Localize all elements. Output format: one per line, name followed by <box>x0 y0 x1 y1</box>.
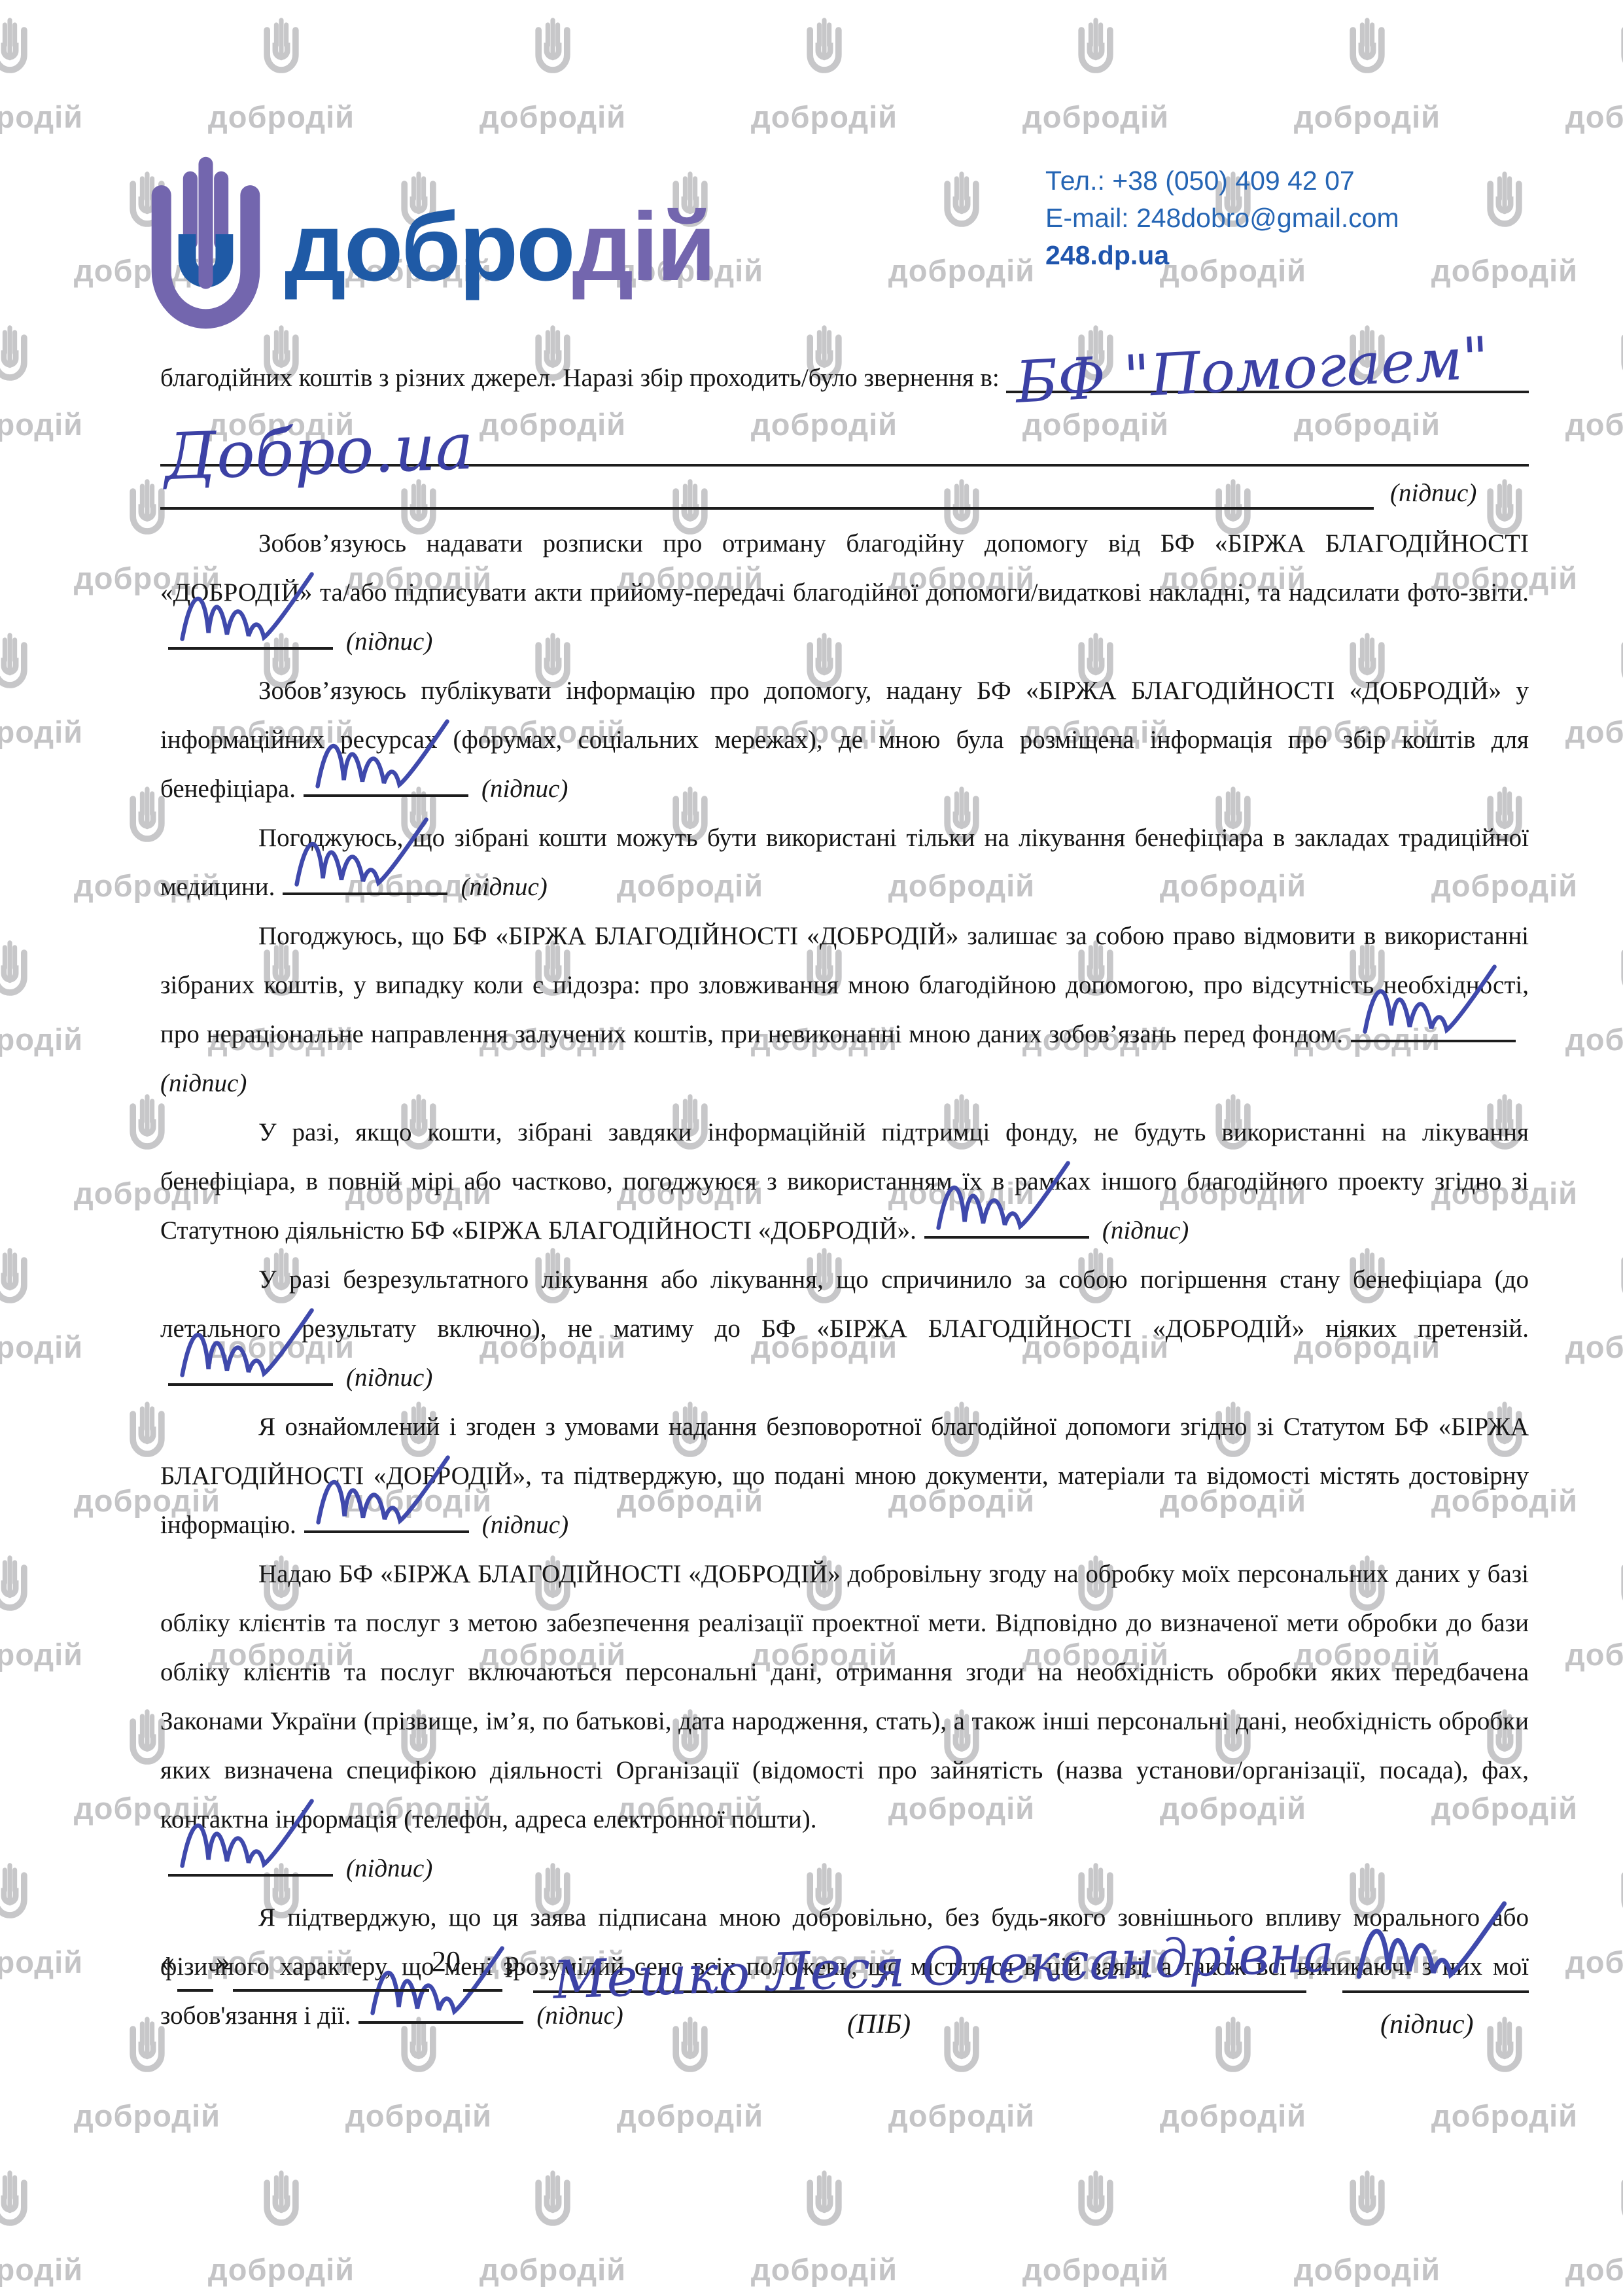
watermark-logo-tile: добродій <box>877 164 1047 289</box>
watermark-word: добродій <box>1022 2252 1169 2287</box>
watermark-logo-tile: добродій <box>0 10 95 135</box>
signature-caption: (підпис) <box>1390 468 1476 518</box>
watermark-word: добродій <box>1022 99 1169 135</box>
watermark-logo-tile: добродій <box>0 1240 95 1365</box>
signature-line[interactable] <box>1351 1032 1516 1042</box>
watermark-logo-tile: добродій <box>0 932 95 1057</box>
watermark-logo-tile: добродій <box>1420 164 1590 289</box>
signature-line[interactable] <box>304 786 468 797</box>
watermark-word: добродій <box>0 99 83 135</box>
watermark-logo-tile: добродій <box>0 317 95 442</box>
statement-paragraphs: Зобов’язуюсь надавати розписки про отрим… <box>160 519 1529 2040</box>
document-body: благодійних коштів з різних джерел. Нара… <box>160 353 1529 2040</box>
watermark-word: добродій <box>208 99 355 135</box>
watermark-word: добродій <box>1294 99 1440 135</box>
watermark-word: добродій <box>1565 1636 1623 1672</box>
statement-paragraph: У разі, якщо кошти, зібрані завдяки інфо… <box>160 1108 1529 1255</box>
watermark-word: добродій <box>0 1944 83 1980</box>
paragraph-text: Надаю БФ «БІРЖА БЛАГОДІЙНОСТІ «ДОБРОДІЙ»… <box>160 1560 1529 1833</box>
logo-word-part-blue: добро <box>285 193 572 301</box>
watermark-word: добродій <box>345 2098 492 2134</box>
watermark-word: добродій <box>480 99 626 135</box>
signature-caption: (підпис) <box>482 1511 568 1539</box>
signature-caption: (підпис) <box>160 1069 247 1097</box>
signature-rule[interactable] <box>160 507 1374 510</box>
signature-caption: (підпис) <box>1380 2009 1474 2040</box>
signature-caption: (підпис) <box>461 873 547 901</box>
watermark-word: добродій <box>1294 2252 1440 2287</box>
watermark-word: добродій <box>1565 99 1623 135</box>
watermark-word: добродій <box>1565 406 1623 442</box>
watermark-word: добродій <box>0 1329 83 1365</box>
signature-line[interactable] <box>168 639 333 650</box>
signature-caption: (підпис) <box>481 775 568 803</box>
email-line: E-mail: 248dobro@gmail.com <box>1045 200 1399 237</box>
watermark-logo-tile: добродій <box>1554 10 1623 135</box>
watermark-logo-tile: добродій <box>1554 1547 1623 1672</box>
day-blank[interactable] <box>177 1985 213 1992</box>
watermark-word: добродій <box>74 2098 220 2134</box>
intro-line: благодійних коштів з різних джерел. Нара… <box>160 353 1529 402</box>
statement-paragraph: Надаю БФ «БІРЖА БЛАГОДІЙНОСТІ «ДОБРОДІЙ»… <box>160 1549 1529 1893</box>
watermark-logo-tile: добродій <box>739 10 909 135</box>
footer-signature-line[interactable] <box>1342 1985 1529 1993</box>
watermark-logo-tile: добродій <box>1282 10 1452 135</box>
paragraph-text: Погоджуюсь, що БФ «БІРЖА БЛАГОДІЙНОСТІ «… <box>160 922 1529 1048</box>
watermark-logo-tile: добродій <box>1011 10 1181 135</box>
scanned-charity-consent-document: добродій добродій добродій добродій добр… <box>0 0 1623 2296</box>
paragraph-text: Зобов’язуюсь надавати розписки про отрим… <box>160 529 1529 607</box>
watermark-word: добродій <box>751 99 898 135</box>
watermark-logo-tile: добродій <box>1554 932 1623 1057</box>
watermark-logo-tile: добродій <box>1554 1855 1623 1980</box>
watermark-word: добродій <box>751 2252 898 2287</box>
statement-paragraph: Зобов’язуюсь публікувати інформацію про … <box>160 666 1529 813</box>
logo-word-part-purple: дій <box>572 193 714 301</box>
watermark-word: добродій <box>0 1021 83 1057</box>
watermark-word: добродій <box>1160 2098 1306 2134</box>
signature-caption: (підпис) <box>346 1364 432 1392</box>
watermark-logo-tile: добродій <box>1554 1240 1623 1365</box>
watermark-word: добродій <box>0 406 83 442</box>
signature-line[interactable] <box>283 885 447 895</box>
watermark-word: добродій <box>1431 2098 1578 2134</box>
signature-line[interactable] <box>168 1866 333 1877</box>
watermark-word: добродій <box>888 253 1035 289</box>
watermark-logo-tile: добродій <box>1282 2163 1452 2287</box>
year-blank[interactable] <box>463 1985 502 1992</box>
watermark-logo-tile: добродій <box>739 2163 909 2287</box>
watermark-logo-tile: добродій <box>1554 317 1623 442</box>
watermark-logo-tile: добродій <box>196 2163 366 2287</box>
watermark-word: добродій <box>208 2252 355 2287</box>
fund-name-blank[interactable]: БФ "Помогаем" <box>1006 383 1529 393</box>
logo-wordmark: добродій <box>285 192 714 303</box>
signature-line[interactable] <box>304 1523 469 1533</box>
signature-line[interactable] <box>924 1228 1089 1239</box>
watermark-word: добродій <box>1565 1021 1623 1057</box>
watermark-word: добродій <box>1565 1944 1623 1980</box>
dobrodiy-hand-icon <box>139 156 273 352</box>
intro-signature-row: (підпис) <box>160 467 1529 519</box>
watermark-logo-tile: добродій <box>468 10 638 135</box>
watermark-word: добродій <box>888 2098 1035 2134</box>
watermark-logo-tile: добродій <box>1554 2163 1623 2287</box>
document-footer: «»20р. Мешко Леся Олександрівна (ПІБ) (п… <box>160 1945 1529 2055</box>
phone-line: Тел.: +38 (050) 409 42 07 <box>1045 162 1399 200</box>
watermark-logo-tile: добродій <box>196 10 366 135</box>
paragraph-text: У разі, якщо кошти, зібрані завдяки інфо… <box>160 1118 1529 1245</box>
watermark-logo-tile: добродій <box>0 2163 95 2287</box>
pib-caption: (ПІБ) <box>847 2009 911 2040</box>
year-suffix: р. <box>505 1945 527 1978</box>
month-blank[interactable] <box>233 1985 429 1992</box>
signature-line[interactable] <box>168 1375 333 1386</box>
watermark-word: добродій <box>0 1636 83 1672</box>
year-prefix: 20 <box>432 1945 461 1978</box>
quote-close: » <box>216 1945 230 1978</box>
watermark-logo-tile: добродій <box>1554 625 1623 750</box>
watermark-logo-tile: добродій <box>0 625 95 750</box>
watermark-word: добродій <box>0 714 83 750</box>
date-name-signature-row: «»20р. Мешко Леся Олександрівна <box>160 1945 1529 2002</box>
statement-paragraph: У разі безрезультатного лікування або лі… <box>160 1255 1529 1402</box>
quote-open: « <box>160 1945 175 1978</box>
watermark-word: добродій <box>1565 714 1623 750</box>
dobrodiy-logo: добродій <box>139 156 714 352</box>
watermark-logo-tile: добродій <box>0 1855 95 1980</box>
intro-text: благодійних коштів з різних джерел. Нара… <box>160 353 1000 402</box>
signature-caption: (підпис) <box>346 1854 432 1882</box>
statement-paragraph: Погоджуюсь, що зібрані кошти можуть бути… <box>160 813 1529 911</box>
statement-paragraph: Погоджуюсь, що БФ «БІРЖА БЛАГОДІЙНОСТІ «… <box>160 911 1529 1108</box>
statement-paragraph: Я ознайомлений і згоден з умовами наданн… <box>160 1402 1529 1549</box>
signature-caption: (підпис) <box>1102 1216 1189 1245</box>
watermark-word: добродій <box>1431 253 1578 289</box>
footer-captions: (ПІБ) (підпис) <box>160 2002 1529 2055</box>
contact-block: Тел.: +38 (050) 409 42 07 E-mail: 248dob… <box>1045 162 1399 274</box>
signature-caption: (підпис) <box>346 627 432 656</box>
paragraph-text: У разі безрезультатного лікування або лі… <box>160 1265 1529 1343</box>
site-name-blank[interactable]: Добро.иа <box>160 404 1529 467</box>
watermark-logo-tile: добродій <box>1011 2163 1181 2287</box>
website-line[interactable]: 248.dp.ua <box>1045 237 1399 274</box>
watermark-logo-tile: добродій <box>468 2163 638 2287</box>
statement-paragraph: Зобов’язуюсь надавати розписки про отрим… <box>160 519 1529 666</box>
watermark-word: добродій <box>480 2252 626 2287</box>
watermark-word: добродій <box>617 2098 763 2134</box>
full-name-blank[interactable]: Мешко Леся Олександрівна <box>533 1985 1306 1993</box>
watermark-word: добродій <box>1565 1329 1623 1365</box>
watermark-logo-tile: добродій <box>0 1547 95 1672</box>
watermark-word: добродій <box>0 2252 83 2287</box>
watermark-word: добродій <box>1565 2252 1623 2287</box>
